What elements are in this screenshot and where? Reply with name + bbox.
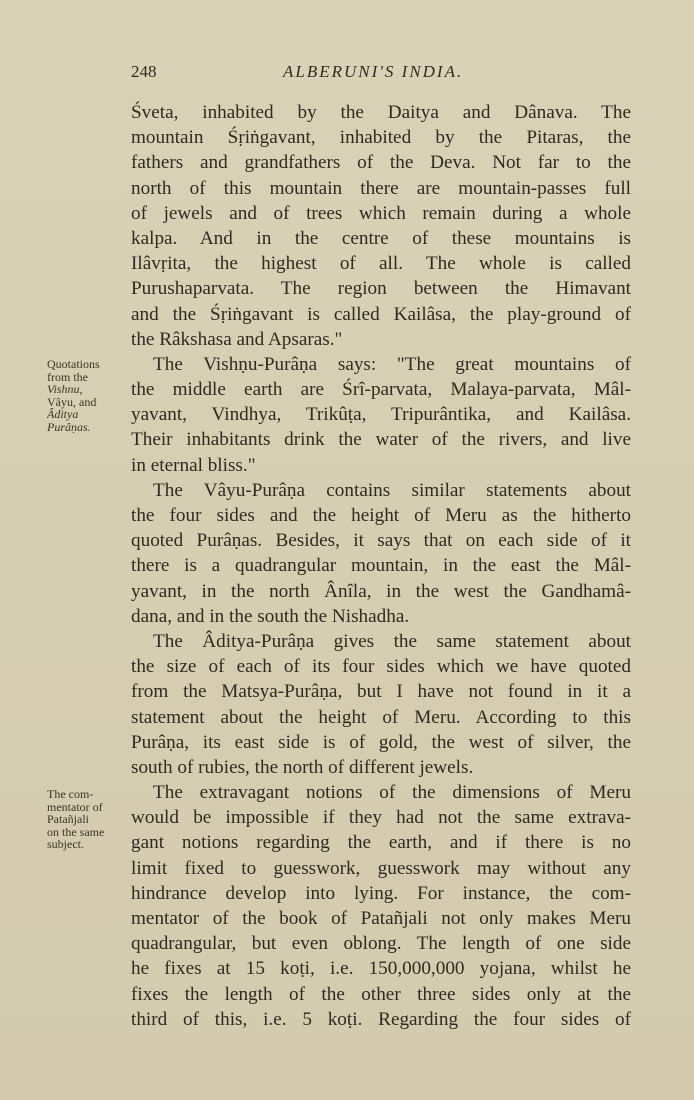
- page-number: 248: [131, 62, 157, 82]
- text-line: third of this, i.e. 5 koṭi. Regarding th…: [131, 1007, 631, 1032]
- text-line: dana, and in the south the Nishadha.: [131, 604, 631, 629]
- page-header: 248 ALBERUNI'S INDIA.: [131, 62, 631, 86]
- margin-note-line: subject.: [47, 838, 131, 851]
- margin-note-line: The com-: [47, 788, 131, 801]
- margin-note-line: Quotations: [47, 358, 131, 371]
- text-line: fixes the length of the other three side…: [131, 982, 631, 1007]
- text-line: he fixes at 15 koṭi, i.e. 150,000,000 yo…: [131, 956, 631, 981]
- text-line: kalpa. And in the centre of these mounta…: [131, 226, 631, 251]
- margin-note-line: Purâṇas.: [47, 421, 131, 434]
- text-line: Ilâvṛita, the highest of all. The whole …: [131, 251, 631, 276]
- text-line: and the Śṛiṅgavant is called Kailâsa, th…: [131, 302, 631, 327]
- text-line: mentator of the book of Patañjali not on…: [131, 906, 631, 931]
- text-line: gant notions regarding the earth, and if…: [131, 830, 631, 855]
- margin-note-commentator: The com- mentator of Patañjali on the sa…: [47, 788, 131, 851]
- text-line: there is a quadrangular mountain, in the…: [131, 553, 631, 578]
- text-line: quadrangular, but even oblong. The lengt…: [131, 931, 631, 956]
- body-text: Śveta, inhabited by the Daitya and Dânav…: [131, 100, 631, 1032]
- text-line: Purâṇa, its east side is of gold, the we…: [131, 730, 631, 755]
- paragraph-start-line: The Vâyu-Purâṇa contains similar stateme…: [131, 478, 631, 503]
- margin-note-line: Patañjali: [47, 813, 131, 826]
- text-line: would be impossible if they had not the …: [131, 805, 631, 830]
- text-line: in eternal bliss.": [131, 453, 631, 478]
- margin-note-line: Vishnu,: [47, 383, 131, 396]
- text-line: Purushaparvata. The region between the H…: [131, 276, 631, 301]
- text-line: limit fixed to guesswork, guesswork may …: [131, 856, 631, 881]
- text-line: north of this mountain there are mountai…: [131, 176, 631, 201]
- text-line: the middle earth are Śrî-parvata, Malaya…: [131, 377, 631, 402]
- text-line: fathers and grandfathers of the Deva. No…: [131, 150, 631, 175]
- paragraph-start-line: The extravagant notions of the dimension…: [131, 780, 631, 805]
- paragraph-start-line: The Âditya-Purâṇa gives the same stateme…: [131, 629, 631, 654]
- text-line: south of rubies, the north of different …: [131, 755, 631, 780]
- text-line: hindrance develop into lying. For instan…: [131, 881, 631, 906]
- text-line: Their inhabitants drink the water of the…: [131, 427, 631, 452]
- running-head: ALBERUNI'S INDIA.: [283, 62, 463, 82]
- text-line: yavant, Vindhya, Trikûṭa, Tripurântika, …: [131, 402, 631, 427]
- text-line: Śveta, inhabited by the Daitya and Dânav…: [131, 100, 631, 125]
- text-line: of jewels and of trees which remain duri…: [131, 201, 631, 226]
- book-page: 248 ALBERUNI'S INDIA. Quotations from th…: [0, 0, 694, 1100]
- text-line: statement about the height of Meru. Acco…: [131, 705, 631, 730]
- text-line: the size of each of its four sides which…: [131, 654, 631, 679]
- text-line: mountain Śṛiṅgavant, inhabited by the Pi…: [131, 125, 631, 150]
- margin-note-quotations: Quotations from the Vishnu, Vâyu, and Âd…: [47, 358, 131, 434]
- text-line: from the Matsya-Purâṇa, but I have not f…: [131, 679, 631, 704]
- text-line: quoted Purâṇas. Besides, it says that on…: [131, 528, 631, 553]
- text-line: yavant, in the north Ânîla, in the west …: [131, 579, 631, 604]
- paragraph-start-line: The Vishṇu-Purâṇa says: "The great mount…: [131, 352, 631, 377]
- text-line: the Râkshasa and Apsaras.": [131, 327, 631, 352]
- text-line: the four sides and the height of Meru as…: [131, 503, 631, 528]
